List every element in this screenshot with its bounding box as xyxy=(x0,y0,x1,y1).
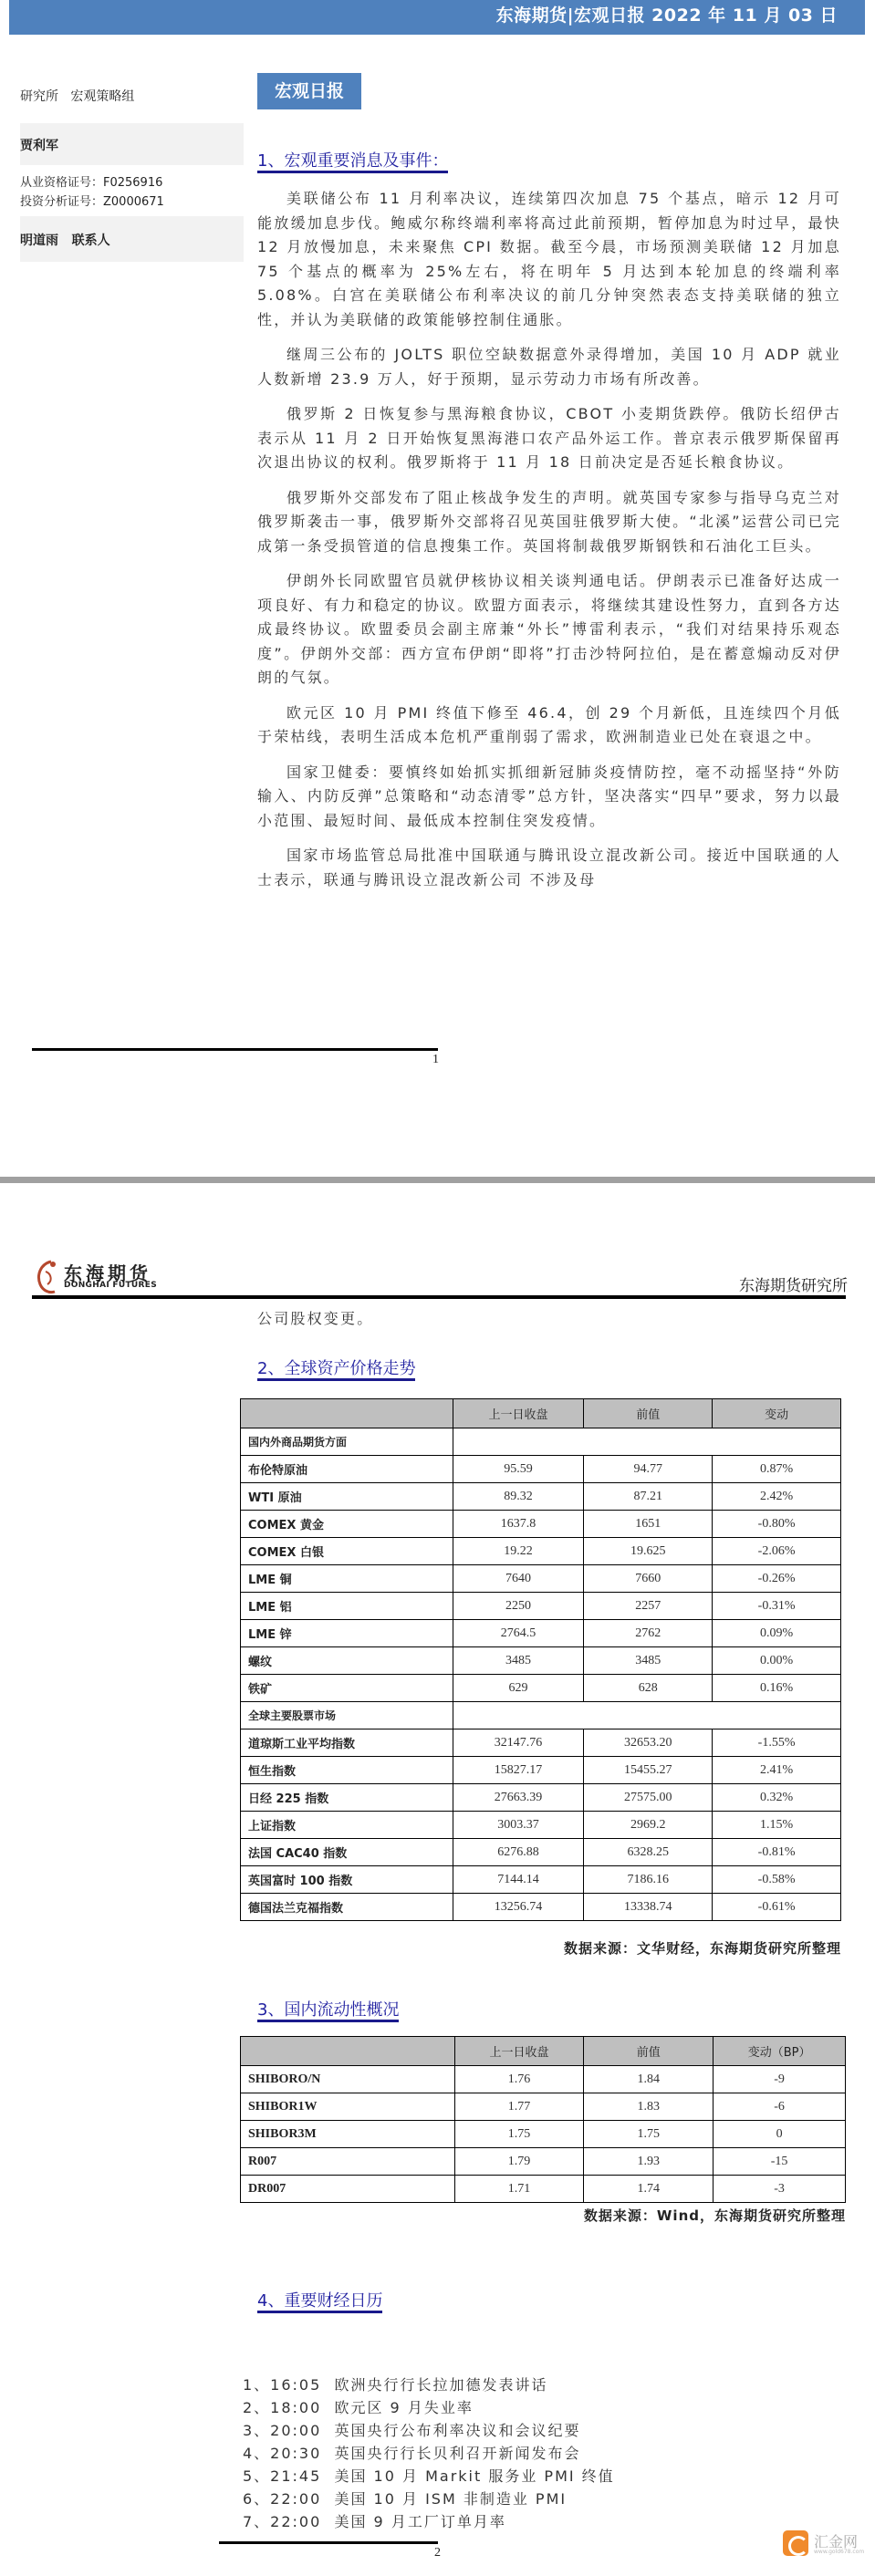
table-row: SHIBORO/N1.761.84-9 xyxy=(241,2066,846,2093)
page1-footer-line xyxy=(32,1048,438,1051)
page2-footer-line xyxy=(219,2541,438,2544)
news-paragraph: 继周三公布的 JOLTS 职位空缺数据意外录得增加，美国 10 月 ADP 就业… xyxy=(257,343,841,391)
table-row: COMEX 白银19.2219.625-2.06% xyxy=(241,1538,841,1565)
news-paragraph: 国家卫健委：要慎终如始抓实抓细新冠肺炎疫情防控，毫不动摇坚持“外防输入、内防反弹… xyxy=(257,761,841,834)
header-cell: 前值 xyxy=(584,1399,713,1428)
table-row: 上证指数3003.372969.21.15% xyxy=(241,1812,841,1839)
table-row: 布伦特原油95.5994.770.87% xyxy=(241,1456,841,1483)
header-cell: 前值 xyxy=(584,2037,714,2066)
table-group-row: 国内外商品期货方面 xyxy=(241,1428,841,1456)
page-number: 2 xyxy=(434,2546,441,2560)
table-row: SHIBOR3M1.751.750 xyxy=(241,2121,846,2148)
asset-price-table: 上一日收盘 前值 变动 国内外商品期货方面 布伦特原油95.5994.770.8… xyxy=(240,1398,841,1921)
calendar-item: 3、20:00 英国央行公布利率决议和会议纪要 xyxy=(243,2419,615,2442)
table-row: LME 锌2764.527620.09% xyxy=(241,1620,841,1647)
institute-name: 东海期货研究所 xyxy=(739,1272,848,1295)
calendar-item: 6、22:00 美国 10 月 ISM 非制造业 PMI xyxy=(243,2488,615,2510)
news-paragraph: 伊朗外长同欧盟官员就伊核协议相关谈判通电话。伊朗表示已准备好达成一项良好、有力和… xyxy=(257,569,841,691)
section-title-liquidity[interactable]: 3、国内流动性概况 xyxy=(257,2000,399,2022)
donghai-logo: 东海期货 DONGHAI FUTURES xyxy=(35,1259,181,1295)
page-number: 1 xyxy=(432,1053,439,1067)
header-cell: 上一日收盘 xyxy=(453,1399,584,1428)
section-title-calendar[interactable]: 4、重要财经日历 xyxy=(257,2291,382,2313)
page2-header-line xyxy=(32,1295,846,1299)
group-label: 国内外商品期货方面 xyxy=(241,1428,453,1456)
table-row: LME 铜76407660-0.26% xyxy=(241,1565,841,1593)
calendar-item: 5、21:45 美国 10 月 Markit 服务业 PMI 终值 xyxy=(243,2465,615,2488)
section-title-macro-news[interactable]: 1、宏观重要消息及事件： xyxy=(257,151,448,173)
news-body: 美联储公布 11 月利率决议，连续第四次加息 75 个基点，暗示 12 月可能放… xyxy=(257,187,841,903)
table-row: 法国 CAC40 指数6276.886328.25-0.81% xyxy=(241,1839,841,1866)
table-row: SHIBOR1W1.771.83-6 xyxy=(241,2093,846,2121)
dragon-logo-icon xyxy=(35,1259,62,1295)
table-row: 恒生指数15827.1715455.272.41% xyxy=(241,1757,841,1784)
table-row: 道琼斯工业平均指数32147.7632653.20-1.55% xyxy=(241,1729,841,1757)
calendar-item: 7、22:00 美国 9 月工厂订单月率 xyxy=(243,2510,615,2533)
table-row: LME 铝22502257-0.31% xyxy=(241,1593,841,1620)
header-cell xyxy=(241,1399,453,1428)
continued-text: 公司股权变更。 xyxy=(257,1307,841,1332)
calendar-item: 1、16:05 欧洲央行行长拉加德发表讲话 xyxy=(243,2373,615,2396)
logo-text-en: DONGHAI FUTURES xyxy=(64,1281,157,1290)
table1-source: 数据来源：文华财经，东海期货研究所整理 xyxy=(440,1938,841,1958)
section-title-asset-prices[interactable]: 2、全球资产价格走势 xyxy=(257,1359,415,1381)
sidebar-contact: 明道雨 联系人 xyxy=(20,216,244,262)
watermark: 汇金网 www.gold678.com xyxy=(783,2529,865,2560)
header-cell: 变动（BP） xyxy=(714,2037,846,2066)
sidebar-analyst-name: 贾利军 xyxy=(20,123,244,165)
table-row: COMEX 黄金1637.81651-0.80% xyxy=(241,1511,841,1538)
table-row: 英国富时 100 指数7144.147186.16-0.58% xyxy=(241,1866,841,1894)
table2-source: 数据来源：Wind，东海期货研究所整理 xyxy=(444,2206,846,2225)
table-row: DR0071.711.74-3 xyxy=(241,2176,846,2203)
news-paragraph: 欧元区 10 月 PMI 终值下修至 46.4，创 29 个月新低，且连续四个月… xyxy=(257,701,841,750)
watermark-url: www.gold678.com xyxy=(814,2549,864,2555)
table-header-row: 上一日收盘 前值 变动 xyxy=(241,1399,841,1428)
table-row: R0071.791.93-15 xyxy=(241,2148,846,2176)
sidebar-org: 研究所 宏观策略组 xyxy=(20,87,134,105)
calendar-item: 4、20:30 英国央行行长贝利召开新闻发布会 xyxy=(243,2442,615,2465)
header-cell xyxy=(241,2037,455,2066)
table-row: 德国法兰克福指数13256.7413338.74-0.61% xyxy=(241,1894,841,1921)
sidebar-cert-practice: 从业资格证号：F0256916 xyxy=(20,172,162,190)
news-paragraph: 俄罗斯外交部发布了阻止核战争发生的声明。就英国专家参与指导乌克兰对俄罗斯袭击一事… xyxy=(257,486,841,559)
calendar-item: 2、18:00 欧元区 9 月失业率 xyxy=(243,2396,615,2419)
watermark-logo-icon xyxy=(783,2530,808,2556)
page-separator xyxy=(0,1177,875,1183)
economic-calendar: 1、16:05 欧洲央行行长拉加德发表讲话 2、18:00 欧元区 9 月失业率… xyxy=(243,2373,615,2533)
table-row: 螺纹348534850.00% xyxy=(241,1647,841,1675)
news-paragraph: 美联储公布 11 月利率决议，连续第四次加息 75 个基点，暗示 12 月可能放… xyxy=(257,187,841,332)
sidebar-cert-invest: 投资分析证号：Z0000671 xyxy=(20,192,164,209)
report-header-bar: 东海期货|宏观日报 2022 年 11 月 03 日 xyxy=(9,0,865,35)
liquidity-table: 上一日收盘 前值 变动（BP） SHIBORO/N1.761.84-9 SHIB… xyxy=(240,2036,846,2203)
header-cell: 上一日收盘 xyxy=(454,2037,584,2066)
table-header-row: 上一日收盘 前值 变动（BP） xyxy=(241,2037,846,2066)
news-paragraph: 国家市场监管总局批准中国联通与腾讯设立混改新公司。接近中国联通的人士表示，联通与… xyxy=(257,844,841,892)
table-row: WTI 原油89.3287.212.42% xyxy=(241,1483,841,1511)
table-row: 铁矿6296280.16% xyxy=(241,1675,841,1702)
news-paragraph: 俄罗斯 2 日恢复参与黑海粮食协议，CBOT 小麦期货跌停。俄防长绍伊古表示从 … xyxy=(257,402,841,475)
header-cell: 变动 xyxy=(713,1399,841,1428)
report-header-title: 东海期货|宏观日报 2022 年 11 月 03 日 xyxy=(496,5,838,26)
table-group-row: 全球主要股票市场 xyxy=(241,1702,841,1729)
table-row: 日经 225 指数27663.3927575.000.32% xyxy=(241,1784,841,1812)
group-label: 全球主要股票市场 xyxy=(241,1702,453,1729)
report-type-tag: 宏观日报 xyxy=(257,73,361,109)
